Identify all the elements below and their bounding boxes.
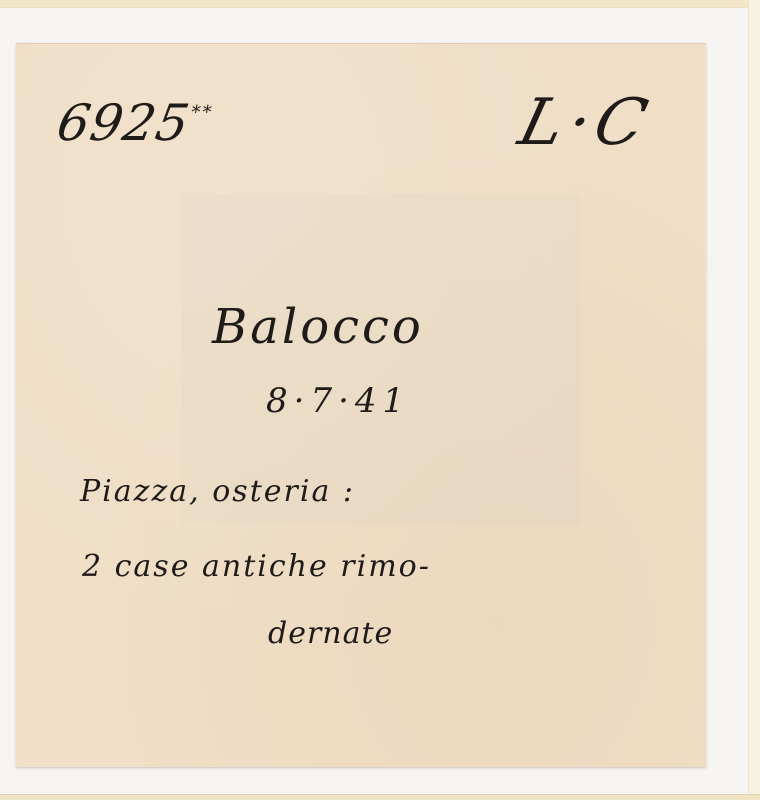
mount-right-edge bbox=[748, 0, 760, 800]
note-line-2: 2 case antiche rimo- bbox=[82, 549, 431, 584]
mount-bottom-edge bbox=[0, 794, 760, 800]
archival-index-card: 6925** L·C Balocco 8·7·41 Piazza, osteri… bbox=[16, 43, 706, 767]
catalog-number-value: 6925 bbox=[53, 94, 194, 152]
date: 8·7·41 bbox=[266, 381, 410, 421]
star-marks-icon: ** bbox=[189, 102, 215, 123]
note-line-1: Piazza, osteria : bbox=[80, 474, 355, 509]
mount-top-edge bbox=[0, 0, 760, 8]
note-line-3: dernate bbox=[268, 616, 393, 651]
place-name: Balocco bbox=[212, 299, 424, 355]
catalog-number: 6925** bbox=[53, 94, 216, 152]
collection-code: L·C bbox=[512, 86, 660, 160]
